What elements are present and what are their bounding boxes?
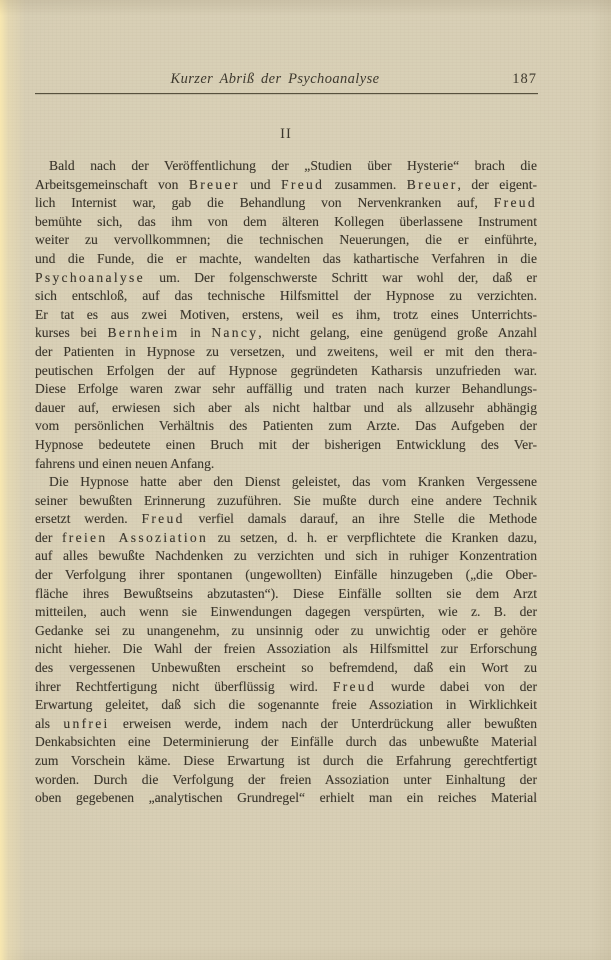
- text-line: Erwartung geleitet, daß sich die sogenan…: [35, 696, 537, 715]
- text-segment: als: [35, 716, 63, 731]
- letterspaced-emphasis: freien Assoziation: [62, 530, 208, 545]
- text-line: worden. Durch die Verfolgung der freien …: [35, 771, 537, 790]
- letterspaced-emphasis: Breuer: [189, 177, 240, 192]
- text-segment: zum Vorschein käme. Diese Erwartung ist …: [35, 753, 537, 768]
- text-segment: Bald nach der Veröffentlichung der „Stud…: [49, 158, 537, 173]
- text-segment: Die Hypnose hatte aber den Dienst geleis…: [49, 474, 537, 489]
- text-segment: dauer auf, erwiesen sich aber als nicht …: [35, 400, 537, 415]
- text-line: peutischen Erfolgen der auf Hypnose gegr…: [35, 362, 537, 381]
- text-line: mitteilen, auch wenn sie Einwendungen da…: [35, 603, 537, 622]
- letterspaced-emphasis: Bernheim: [108, 325, 180, 340]
- text-segment: Erwartung geleitet, daß sich die sogenan…: [35, 697, 537, 712]
- text-line: Hypnose bedeutete einen Bruch mit der bi…: [35, 436, 537, 455]
- text-line: des vergessenen Unbewußten erscheint so …: [35, 659, 537, 678]
- letterspaced-emphasis: Nancy: [211, 325, 258, 340]
- text-segment: des vergessenen Unbewußten erscheint so …: [35, 660, 537, 675]
- text-line: Gedanke sei zu unangenehm, zu unsinnig o…: [35, 622, 537, 641]
- text-segment: der: [35, 530, 62, 545]
- text-segment: vom persönlichen Verhältnis des Patiente…: [35, 418, 537, 433]
- text-segment: seiner bewußten Erinnerung zuzuführen. S…: [35, 493, 537, 508]
- text-line: dauer auf, erwiesen sich aber als nicht …: [35, 399, 537, 418]
- text-segment: lich Internist war, gab die Behandlung v…: [35, 195, 494, 210]
- letterspaced-emphasis: Freud: [333, 679, 376, 694]
- text-line: Diese Erfolge waren zwar sehr auffällig …: [35, 380, 537, 399]
- text-segment: zu setzen, d. h. er verpflichtete die Kr…: [208, 530, 537, 545]
- text-segment: nicht hieher. Die Wahl der freien Assozi…: [35, 641, 537, 656]
- text-segment: verfiel damals darauf, an ihre Stelle di…: [185, 511, 537, 526]
- text-line: oben gegebenen „analytischen Grundregel“…: [35, 789, 537, 808]
- text-segment: der Patienten in Hypnose zu versetzen, u…: [35, 344, 537, 359]
- text-segment: , der eigent-: [458, 177, 537, 192]
- text-segment: Gedanke sei zu unangenehm, zu unsinnig o…: [35, 623, 537, 638]
- text-line: ersetzt werden. Freud verfiel damals dar…: [35, 510, 537, 529]
- section-heading: II: [35, 126, 537, 143]
- text-segment: in: [180, 325, 212, 340]
- text-segment: , nicht gelang, eine genügend große Anza…: [258, 325, 537, 340]
- text-segment: mitteilen, auch wenn sie Einwendungen da…: [35, 604, 537, 619]
- text-segment: um. Der folgenschwerste Schritt war wohl…: [145, 270, 537, 285]
- text-line: Denkabsichten eine Determinierung der Ei…: [35, 733, 537, 752]
- text-line: fahrens und einen neuen Anfang.: [35, 455, 537, 474]
- text-line: weiter zu vervollkommnen; die technische…: [35, 231, 537, 250]
- text-line: Psychoanalyse um. Der folgenschwerste Sc…: [35, 269, 537, 288]
- text-segment: wurde dabei von der: [376, 679, 537, 694]
- text-segment: ihrer Rechtfertigung nicht überflüssig w…: [35, 679, 333, 694]
- text-segment: oben gegebenen „analytischen Grundregel“…: [35, 790, 537, 805]
- text-segment: Diese Erfolge waren zwar sehr auffällig …: [35, 381, 537, 396]
- text-segment: bemühte sich, das ihm von dem älteren Ko…: [35, 214, 537, 229]
- letterspaced-emphasis: Breuer: [407, 177, 458, 192]
- text-line: sich entschloß, auf das technische Hilfs…: [35, 287, 537, 306]
- text-line: kurses bei Bernheim in Nancy, nicht gela…: [35, 324, 537, 343]
- body-text: Bald nach der Veröffentlichung der „Stud…: [35, 157, 537, 808]
- text-segment: Arbeitsgemeinschaft von: [35, 177, 189, 192]
- header-rule: [35, 93, 538, 94]
- text-segment: sich entschloß, auf das technische Hilfs…: [35, 288, 537, 303]
- text-line: als unfrei erweisen werde, indem nach de…: [35, 715, 537, 734]
- text-line: und die Funde, die er machte, wandelten …: [35, 250, 537, 269]
- running-head: Kurzer Abriß der Psychoanalyse 187: [35, 71, 537, 91]
- text-segment: peutischen Erfolgen der auf Hypnose gegr…: [35, 363, 537, 378]
- letterspaced-emphasis: Freud: [281, 177, 324, 192]
- text-segment: ersetzt werden.: [35, 511, 141, 526]
- text-line: zum Vorschein käme. Diese Erwartung ist …: [35, 752, 537, 771]
- text-line: vom persönlichen Verhältnis des Patiente…: [35, 417, 537, 436]
- text-segment: und die Funde, die er machte, wandelten …: [35, 251, 537, 266]
- text-line: Bald nach der Veröffentlichung der „Stud…: [35, 157, 537, 176]
- text-line: auf alles bewußte Nachdenken zu verzicht…: [35, 547, 537, 566]
- text-line: seiner bewußten Erinnerung zuzuführen. S…: [35, 492, 537, 511]
- text-line: Arbeitsgemeinschaft von Breuer und Freud…: [35, 176, 537, 195]
- text-segment: kurses bei: [35, 325, 108, 340]
- text-line: Die Hypnose hatte aber den Dienst geleis…: [35, 473, 537, 492]
- text-line: der Verfolgung ihrer spontanen (ungewoll…: [35, 566, 537, 585]
- text-line: ihrer Rechtfertigung nicht überflüssig w…: [35, 678, 537, 697]
- text-segment: erweisen werde, indem nach der Unterdrüc…: [110, 716, 537, 731]
- text-segment: der Verfolgung ihrer spontanen (ungewoll…: [35, 567, 537, 582]
- text-segment: auf alles bewußte Nachdenken zu verzicht…: [35, 548, 537, 563]
- text-line: der Patienten in Hypnose zu versetzen, u…: [35, 343, 537, 362]
- text-segment: worden. Durch die Verfolgung der freien …: [35, 772, 537, 787]
- text-segment: fahrens und einen neuen Anfang.: [35, 456, 214, 471]
- text-segment: weiter zu vervollkommnen; die technische…: [35, 232, 537, 247]
- text-segment: Er tat es aus zwei Motiven, erstens, wei…: [35, 307, 537, 322]
- letterspaced-emphasis: Freud: [494, 195, 537, 210]
- text-line: der freien Assoziation zu setzen, d. h. …: [35, 529, 537, 548]
- running-title: Kurzer Abriß der Psychoanalyse: [35, 71, 515, 88]
- letterspaced-emphasis: Freud: [141, 511, 184, 526]
- text-segment: zusammen.: [324, 177, 407, 192]
- text-segment: Hypnose bedeutete einen Bruch mit der bi…: [35, 437, 537, 452]
- text-line: bemühte sich, das ihm von dem älteren Ko…: [35, 213, 537, 232]
- letterspaced-emphasis: unfrei: [63, 716, 109, 731]
- text-line: nicht hieher. Die Wahl der freien Assozi…: [35, 640, 537, 659]
- text-segment: und: [240, 177, 281, 192]
- text-segment: Denkabsichten eine Determinierung der Ei…: [35, 734, 537, 749]
- text-line: fläche ihres Bewußtseins abzutasten“). D…: [35, 585, 537, 604]
- text-line: lich Internist war, gab die Behandlung v…: [35, 194, 537, 213]
- paragraph: Die Hypnose hatte aber den Dienst geleis…: [35, 473, 537, 808]
- text-segment: fläche ihres Bewußtseins abzutasten“). D…: [35, 586, 537, 601]
- letterspaced-emphasis: Psychoanalyse: [35, 270, 145, 285]
- paragraph: Bald nach der Veröffentlichung der „Stud…: [35, 157, 537, 473]
- text-line: Er tat es aus zwei Motiven, erstens, wei…: [35, 306, 537, 325]
- page-number-label: 187: [512, 71, 537, 88]
